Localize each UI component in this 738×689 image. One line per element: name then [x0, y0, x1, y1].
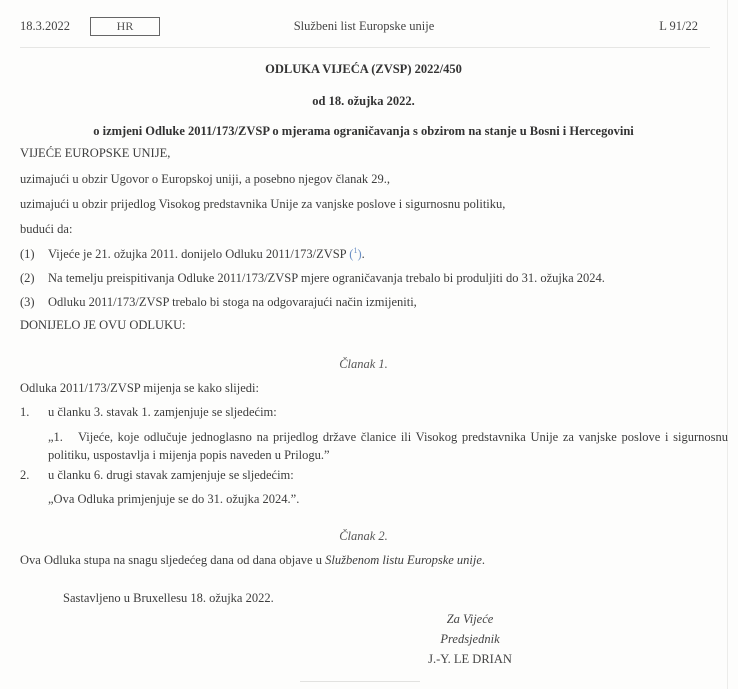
language-badge: HR [90, 17, 160, 36]
recital-number: (1) [20, 247, 48, 262]
signature-for: Za Vijeće [370, 612, 570, 627]
journal-reference: L 91/22 [659, 17, 698, 35]
citation-2: uzimajući u obzir prijedlog Visokog pred… [20, 197, 505, 212]
citation-1: uzimajući u obzir Ugovor o Europskoj uni… [20, 172, 390, 187]
recital-2: (2)Na temelju preispitivanja Odluke 2011… [20, 271, 605, 286]
document-page: 18.3.2022 HR Službeni list Europske unij… [0, 0, 728, 689]
amendment-2: 2.u članku 6. drugi stavak zamjenjuje se… [20, 468, 294, 483]
article-1-intro: Odluka 2011/173/ZVSP mijenja se kako sli… [20, 381, 259, 396]
article-1-title: Članak 1. [0, 357, 727, 372]
amendment-number: 2. [20, 468, 48, 483]
signature-role: Predsjednik [370, 632, 570, 647]
quote-text: Vijeće, koje odlučuje jednoglasno na pri… [48, 430, 728, 462]
amendment-1-quote: „1.Vijeće, koje odlučuje jednoglasno na … [48, 428, 728, 464]
document-title: ODLUKA VIJEĆA (ZVSP) 2022/450 [0, 62, 727, 77]
amendment-text: u članku 6. drugi stavak zamjenjuje se s… [48, 468, 294, 482]
recital-text: Odluku 2011/173/ZVSP trebalo bi stoga na… [48, 295, 417, 309]
document-subject: o izmjeni Odluke 2011/173/ZVSP o mjerama… [0, 124, 727, 139]
journal-title: Službeni list Europske unije [294, 19, 435, 33]
signatory-name: J.-Y. LE DRIAN [370, 652, 570, 667]
recital-text: Vijeće je 21. ožujka 2011. donijelo Odlu… [48, 247, 349, 261]
amendment-1: 1.u članku 3. stavak 1. zamjenjuje se sl… [20, 405, 277, 420]
recital-3: (3)Odluku 2011/173/ZVSP trebalo bi stoga… [20, 295, 417, 310]
journal-header: 18.3.2022 HR Službeni list Europske unij… [20, 17, 708, 37]
quote-number: „1. [48, 428, 78, 446]
recital-number: (3) [20, 295, 48, 310]
publication-date: 18.3.2022 [20, 17, 70, 35]
enacting-formula: DONIJELO JE OVU ODLUKU: [20, 318, 186, 333]
issuer: VIJEĆE EUROPSKE UNIJE, [20, 146, 170, 161]
amendment-number: 1. [20, 405, 48, 420]
recital-text: Na temelju preispitivanja Odluke 2011/17… [48, 271, 605, 285]
amendment-text: u članku 3. stavak 1. zamjenjuje se slje… [48, 405, 277, 419]
recital-1: (1)Vijeće je 21. ožujka 2011. donijelo O… [20, 246, 365, 262]
journal-name-italic: Službenom listu Europske unije [325, 553, 482, 567]
place-and-date: Sastavljeno u Bruxellesu 18. ožujka 2022… [63, 591, 274, 606]
document-date: od 18. ožujka 2022. [0, 94, 727, 109]
header-divider [20, 47, 710, 48]
amendment-2-quote: „Ova Odluka primjenjuje se do 31. ožujka… [48, 492, 299, 507]
whereas-intro: budući da: [20, 222, 72, 237]
article-2-text: Ova Odluka stupa na snagu sljedećeg dana… [20, 553, 485, 568]
recital-number: (2) [20, 271, 48, 286]
footer-divider [300, 681, 420, 682]
article-2-title: Članak 2. [0, 529, 727, 544]
footnote-link[interactable]: (1) [349, 247, 361, 261]
